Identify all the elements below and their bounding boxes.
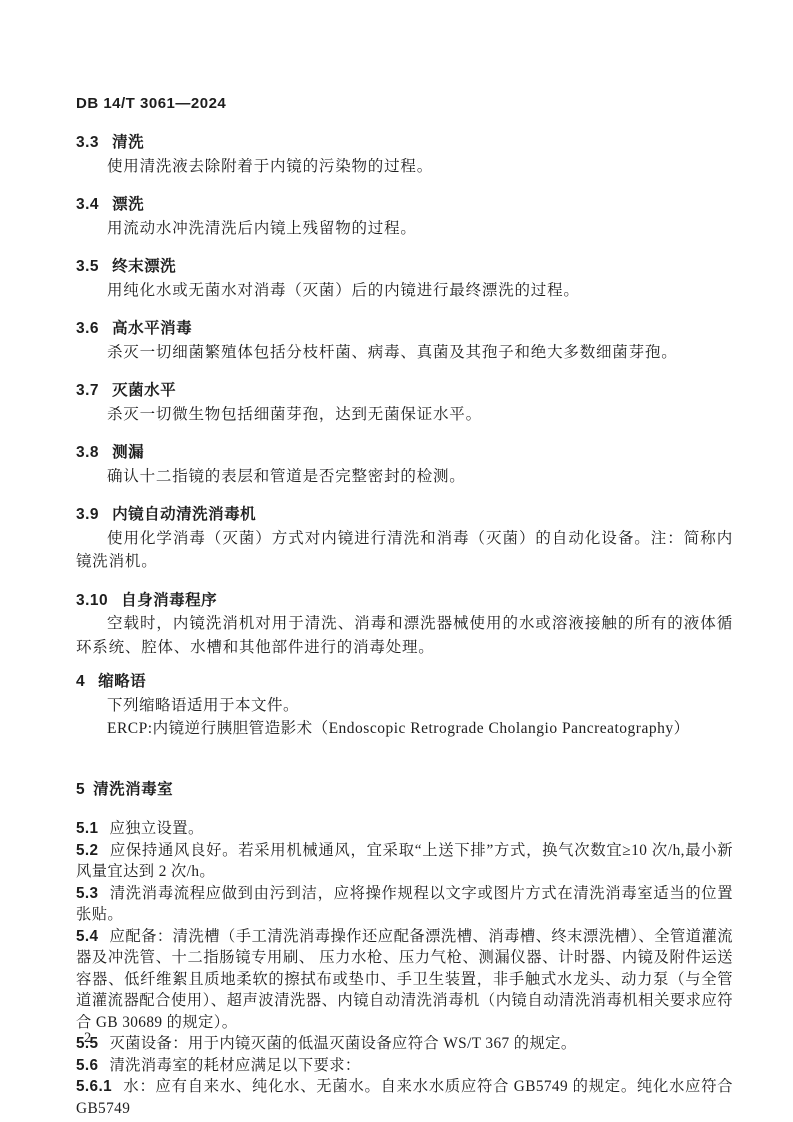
clause: 5.6清洗消毒室的耗材应满足以下要求：	[76, 1055, 733, 1077]
term-title: 高水平消毒	[112, 320, 192, 337]
term-number: 3.5	[76, 258, 99, 275]
term-section: 3.7灭菌水平 杀灭一切微生物包括细菌芽孢，达到无菌保证水平。	[76, 379, 733, 426]
abbreviations-heading: 4缩略语	[76, 670, 733, 694]
term-definition: 使用清洗液去除附着于内镜的污染物的过程。	[76, 155, 733, 179]
term-number: 3.10	[76, 592, 108, 609]
term-heading: 3.9内镜自动清洗消毒机	[76, 503, 733, 527]
term-number: 3.6	[76, 320, 99, 337]
room-section-heading: 5清洗消毒室	[76, 778, 733, 802]
term-heading: 3.3清洗	[76, 131, 733, 155]
term-heading: 3.5终末漂洗	[76, 255, 733, 279]
term-title: 终末漂洗	[112, 258, 176, 275]
term-heading: 3.7灭菌水平	[76, 379, 733, 403]
term-section: 3.4漂洗 用流动水冲洗清洗后内镜上残留物的过程。	[76, 193, 733, 240]
clause-number: 5.6.1	[76, 1078, 112, 1095]
page-number: 2	[84, 1030, 91, 1047]
clause-text: 应独立设置。	[109, 820, 203, 837]
clause-text: 清洗消毒室的耗材应满足以下要求：	[109, 1057, 360, 1074]
term-definition: 杀灭一切细菌繁殖体包括分枝杆菌、病毒、真菌及其孢子和绝大多数细菌芽孢。	[76, 341, 733, 365]
term-section: 3.8测漏 确认十二指镜的表层和管道是否完整密封的检测。	[76, 441, 733, 488]
cleaning-disinfection-room-section: 5清洗消毒室 5.1应独立设置。 5.2应保持通风良好。若采用机械通风，宜采取“…	[76, 778, 733, 1120]
term-definition: 用纯化水或无菌水对消毒（灭菌）后的内镜进行最终漂洗的过程。	[76, 279, 733, 303]
clause: 5.4应配备：清洗槽（手工清洗消毒操作还应配备漂洗槽、消毒槽、终末漂洗槽）、全管…	[76, 926, 733, 1034]
term-title: 清洗	[112, 134, 144, 151]
section-number: 4	[76, 673, 85, 690]
clauses-list: 5.1应独立设置。 5.2应保持通风良好。若采用机械通风，宜采取“上送下排”方式…	[76, 818, 733, 1119]
clause: 5.3清洗消毒流程应做到由污到洁，应将操作规程以文字或图片方式在清洗消毒室适当的…	[76, 883, 733, 926]
term-title: 内镜自动清洗消毒机	[112, 506, 256, 523]
term-heading: 3.6高水平消毒	[76, 317, 733, 341]
clause: 5.5灭菌设备：用于内镜灭菌的低温灭菌设备应符合 WS/T 367 的规定。	[76, 1033, 733, 1055]
abbreviation-line: ERCP:内镜逆行胰胆管造影术（Endoscopic Retrograde Ch…	[76, 717, 733, 741]
clause-text: 灭菌设备：用于内镜灭菌的低温灭菌设备应符合 WS/T 367 的规定。	[109, 1035, 576, 1052]
terms-definitions-list: 3.3清洗 使用清洗液去除附着于内镜的污染物的过程。 3.4漂洗 用流动水冲洗清…	[76, 131, 733, 659]
clause-text: 水：应有自来水、纯化水、无菌水。自来水水质应符合 GB5749 的规定。纯化水应…	[76, 1078, 733, 1117]
term-definition: 使用化学消毒（灭菌）方式对内镜进行清洗和消毒（灭菌）的自动化设备。注：简称内镜洗…	[76, 527, 733, 574]
term-number: 3.8	[76, 444, 99, 461]
clause-number: 5.1	[76, 820, 98, 837]
section-title: 缩略语	[98, 673, 146, 690]
clause-text: 应保持通风良好。若采用机械通风，宜采取“上送下排”方式，换气次数宜≥10 次/h…	[76, 842, 733, 881]
clause-text: 清洗消毒流程应做到由污到洁，应将操作规程以文字或图片方式在清洗消毒室适当的位置张…	[76, 885, 733, 924]
term-title: 漂洗	[112, 196, 144, 213]
term-definition: 用流动水冲洗清洗后内镜上残留物的过程。	[76, 217, 733, 241]
term-section: 3.3清洗 使用清洗液去除附着于内镜的污染物的过程。	[76, 131, 733, 178]
term-number: 3.4	[76, 196, 99, 213]
term-heading: 3.8测漏	[76, 441, 733, 465]
clause-number: 5.4	[76, 928, 98, 945]
term-heading: 3.10自身消毒程序	[76, 589, 733, 613]
term-section: 3.10自身消毒程序 空载时，内镜洗消机对用于清洗、消毒和漂洗器械使用的水或溶液…	[76, 589, 733, 660]
document-code-header: DB 14/T 3061—2024	[76, 95, 733, 112]
clause-text: 应配备：清洗槽（手工清洗消毒操作还应配备漂洗槽、消毒槽、终末漂洗槽）、全管道灌流…	[76, 928, 733, 1031]
term-definition: 杀灭一切微生物包括细菌芽孢，达到无菌保证水平。	[76, 403, 733, 427]
term-title: 测漏	[112, 444, 144, 461]
section-title: 清洗消毒室	[93, 781, 173, 798]
term-heading: 3.4漂洗	[76, 193, 733, 217]
term-number: 3.7	[76, 382, 99, 399]
clause-number: 5.6	[76, 1057, 98, 1074]
term-definition: 确认十二指镜的表层和管道是否完整密封的检测。	[76, 465, 733, 489]
clause: 5.2应保持通风良好。若采用机械通风，宜采取“上送下排”方式，换气次数宜≥10 …	[76, 840, 733, 883]
term-number: 3.3	[76, 134, 99, 151]
clause-number: 5.3	[76, 885, 98, 902]
document-page: DB 14/T 3061—2024 3.3清洗 使用清洗液去除附着于内镜的污染物…	[0, 0, 793, 1122]
clause: 5.6.1水：应有自来水、纯化水、无菌水。自来水水质应符合 GB5749 的规定…	[76, 1076, 733, 1119]
clause: 5.1应独立设置。	[76, 818, 733, 840]
term-title: 自身消毒程序	[121, 592, 217, 609]
clause-number: 5.2	[76, 842, 98, 859]
term-number: 3.9	[76, 506, 99, 523]
term-section: 3.5终末漂洗 用纯化水或无菌水对消毒（灭菌）后的内镜进行最终漂洗的过程。	[76, 255, 733, 302]
term-definition: 空载时，内镜洗消机对用于清洗、消毒和漂洗器械使用的水或溶液接触的所有的液体循环系…	[76, 612, 733, 659]
term-section: 3.9内镜自动清洗消毒机 使用化学消毒（灭菌）方式对内镜进行清洗和消毒（灭菌）的…	[76, 503, 733, 574]
term-section: 3.6高水平消毒 杀灭一切细菌繁殖体包括分枝杆菌、病毒、真菌及其孢子和绝大多数细…	[76, 317, 733, 364]
abbreviation-line: 下列缩略语适用于本文件。	[76, 694, 733, 718]
abbreviations-section: 4缩略语 下列缩略语适用于本文件。 ERCP:内镜逆行胰胆管造影术（Endosc…	[76, 670, 733, 741]
term-title: 灭菌水平	[112, 382, 176, 399]
section-number: 5	[76, 781, 85, 798]
